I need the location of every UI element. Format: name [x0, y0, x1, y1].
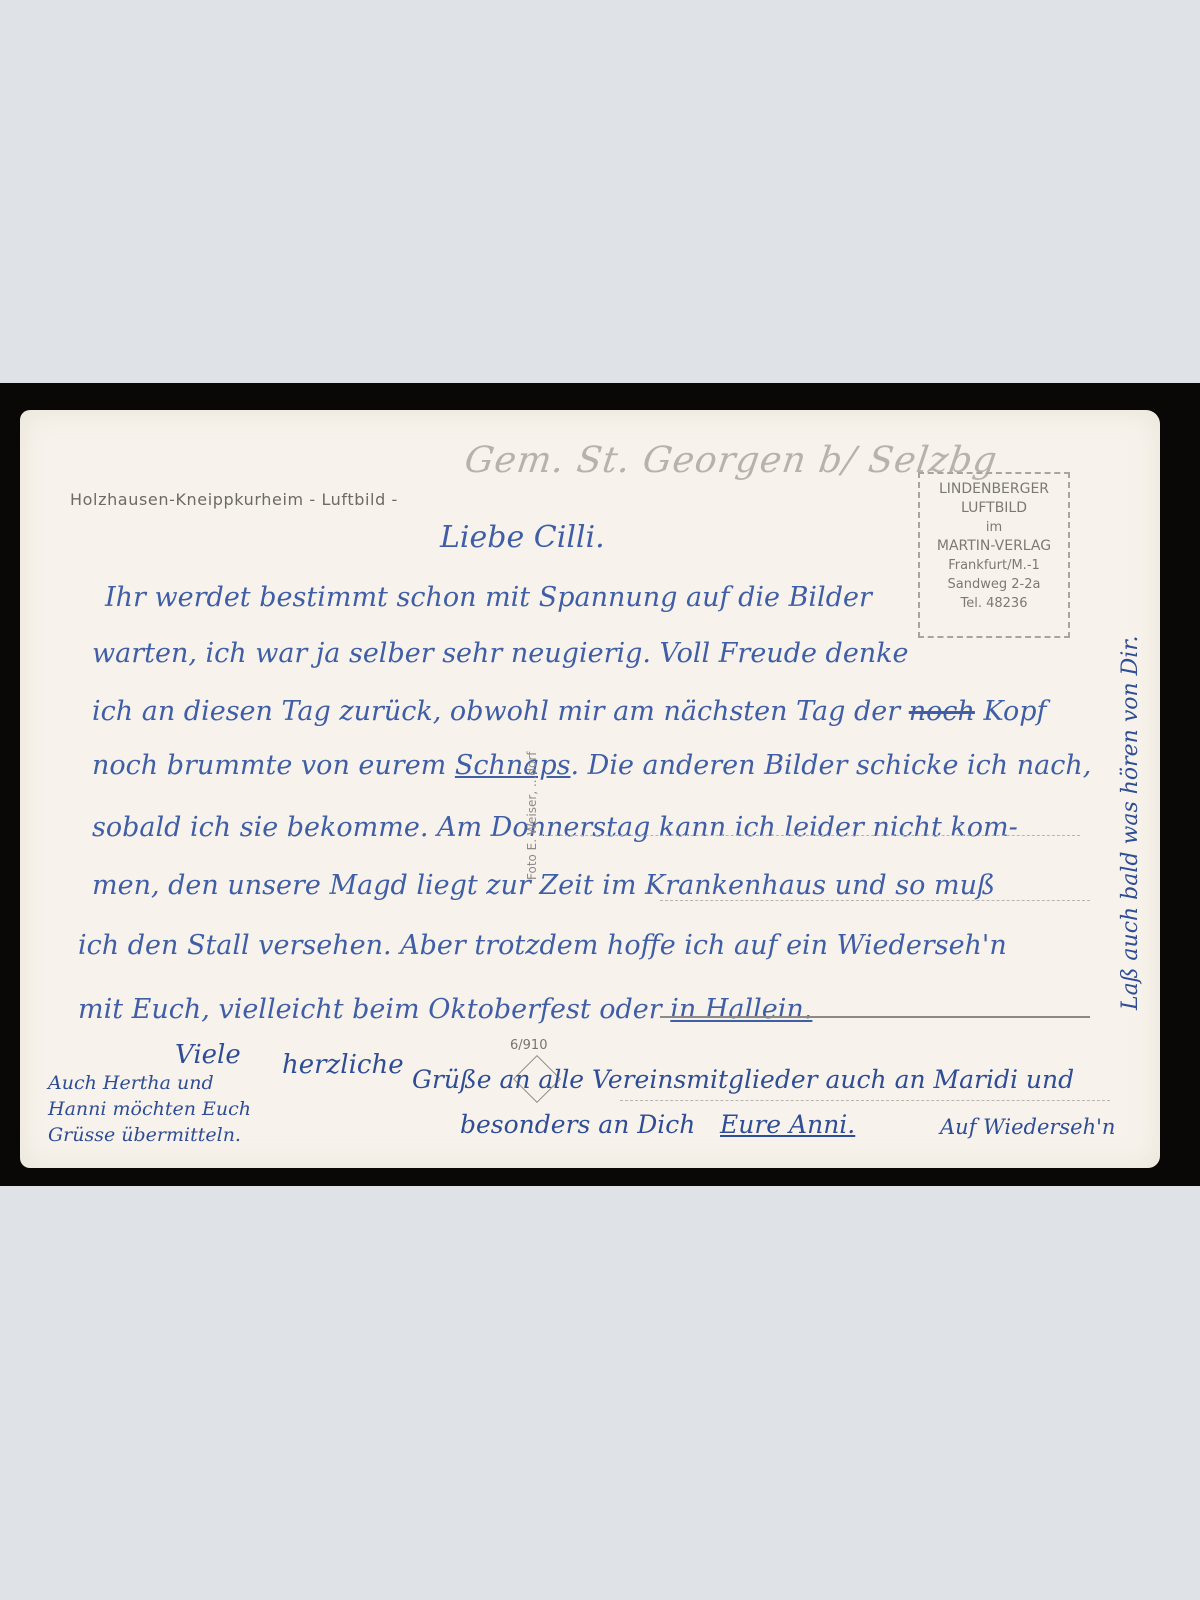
- letter-line: ich den Stall versehen. Aber trotzdem ho…: [78, 930, 1007, 961]
- photo-credit: Foto E. Weiser, ...dorf: [525, 751, 539, 880]
- letter-salutation: Liebe Cilli.: [440, 520, 605, 555]
- letter-line-text: . Die anderen Bilder schicke ich nach,: [571, 750, 1092, 781]
- struck-word: noch: [909, 696, 975, 727]
- printed-caption: Holzhausen-Kneippkurheim - Luftbild -: [70, 490, 398, 509]
- solid-rule: [660, 1016, 1090, 1018]
- underlined-word: Schnaps: [455, 750, 571, 781]
- side-note-line: Hanni möchten Euch: [48, 1096, 288, 1122]
- letter-line: ich an diesen Tag zurück, obwohl mir am …: [92, 696, 1046, 727]
- letter-line: mit Euch, vielleicht beim Oktoberfest od…: [78, 994, 812, 1025]
- letter-line-text: mit Euch, vielleicht beim Oktoberfest od…: [78, 994, 662, 1025]
- letter-line: noch brummte von eurem Schnaps. Die ande…: [92, 750, 1091, 781]
- closing-line: besonders an Dich: [460, 1110, 695, 1139]
- side-note: Auch Hertha und Hanni möchten Euch Grüss…: [48, 1070, 288, 1148]
- letter-line: Ihr werdet bestimmt schon mit Spannung a…: [105, 582, 872, 613]
- dotted-rule: [620, 1100, 1110, 1101]
- stamp-line: Tel. 48236: [920, 594, 1068, 613]
- stamp-line: LINDENBERGER: [920, 480, 1068, 499]
- underlined-word: in Hallein.: [670, 994, 812, 1025]
- dotted-rule: [540, 835, 1080, 836]
- card-number: 6/910: [510, 1038, 547, 1053]
- signature: Eure Anni.: [720, 1110, 855, 1139]
- letter-line-text: ich an diesen Tag zurück, obwohl mir am …: [92, 696, 900, 727]
- publisher-stamp: LINDENBERGER LUFTBILD im MARTIN-VERLAG F…: [918, 472, 1070, 638]
- postcard: Holzhausen-Kneippkurheim - Luftbild - Ge…: [20, 410, 1160, 1168]
- letter-line-text: Kopf: [984, 696, 1047, 727]
- dotted-rule: [660, 900, 1090, 901]
- letter-line-text: noch brummte von eurem: [92, 750, 446, 781]
- side-note-line: Auch Hertha und: [48, 1070, 288, 1096]
- farewell: Auf Wiederseh'n: [940, 1115, 1115, 1139]
- stamp-line: MARTIN-VERLAG: [920, 537, 1068, 556]
- letter-line: sobald ich sie bekomme. Am Donnerstag ka…: [92, 812, 1018, 843]
- closing-word: herzliche: [282, 1050, 404, 1080]
- stamp-line: im: [920, 518, 1068, 537]
- letter-line: warten, ich war ja selber sehr neugierig…: [92, 638, 909, 669]
- stamp-line: Sandweg 2-2a: [920, 575, 1068, 594]
- stamp-line: LUFTBILD: [920, 499, 1068, 518]
- letter-line: men, den unsere Magd liegt zur Zeit im K…: [92, 870, 995, 901]
- closing-word: Viele: [175, 1040, 241, 1070]
- stamp-line: Frankfurt/M.-1: [920, 556, 1068, 575]
- closing-line: Grüße an alle Vereinsmitglieder auch an …: [412, 1065, 1074, 1094]
- side-note-line: Grüsse übermitteln.: [48, 1122, 288, 1148]
- margin-note: Laß auch bald was hören von Dir.: [1118, 636, 1143, 1010]
